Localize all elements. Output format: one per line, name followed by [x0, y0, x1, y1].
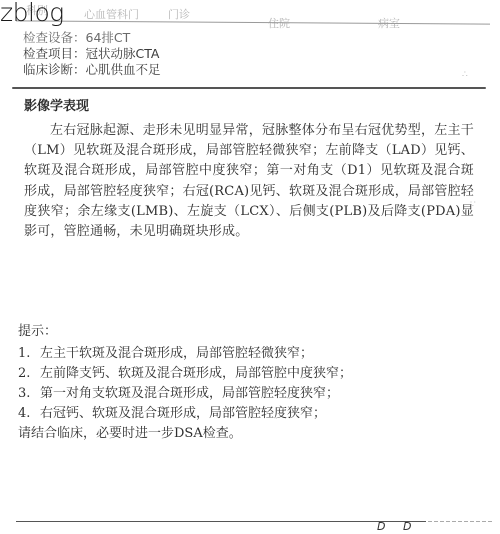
exam-info-block: 检查设备：64排CT 检查项目：冠状动脉CTA 临床诊断：心肌供血不足 [23, 30, 161, 78]
exam-item-label: 检查项目： [23, 46, 86, 61]
diagnosis-row: 临床诊断：心肌供血不足 [23, 62, 161, 78]
equipment-row: 检查设备：64排CT [23, 30, 161, 46]
impression-item: 3.第一对角支软斑及混合斑形成，局部管腔轻度狭窄； [18, 384, 352, 404]
impression-item-number: 1. [18, 344, 40, 364]
bottom-divider [16, 521, 426, 522]
department-value: 心血管科门 [84, 6, 139, 22]
scan-speck: ∴ [462, 70, 468, 80]
impression-item-text: 左前降支钙、软斑及混合斑形成，局部管腔中度狭窄； [40, 366, 352, 381]
impression-item-text: 右冠钙、软斑及混合斑形成，局部管腔轻度狭窄； [40, 406, 326, 421]
impression-title: 提示： [18, 320, 57, 339]
impression-item-number: 4. [18, 404, 40, 424]
scan-speck: ∵ [470, 200, 476, 210]
watermark-logo: zblog [0, 0, 64, 27]
impression-list: 1.左主干软斑及混合斑形成，局部管腔轻微狭窄； 2.左前降支钙、软斑及混合斑形成… [18, 344, 352, 444]
bottom-divider-faded [428, 521, 494, 522]
recommendation: 请结合临床，必要时进一步DSA检查。 [18, 424, 352, 444]
impression-item: 1.左主干软斑及混合斑形成，局部管腔轻微狭窄； [18, 344, 352, 364]
impression-item-text: 左主干软斑及混合斑形成，局部管腔轻微狭窄； [40, 346, 313, 361]
findings-body: 左右冠脉起源、走形未见明显异常，冠脉整体分布呈右冠优势型，左主干（LM）见软斑及… [24, 121, 474, 242]
handwritten-mark: 𝘋 [403, 520, 411, 533]
impression-item-text: 第一对角支软斑及混合斑形成，局部管腔轻度狭窄； [40, 386, 339, 401]
impression-item-number: 3. [18, 384, 40, 404]
diagnosis-value: 心肌供血不足 [86, 62, 161, 77]
section-divider [12, 87, 486, 89]
handwritten-mark: 𝘋 [377, 520, 385, 533]
equipment-label: 检查设备： [23, 30, 86, 45]
diagnosis-label: 临床诊断： [23, 62, 86, 77]
impression-item: 2.左前降支钙、软斑及混合斑形成，局部管腔中度狭窄； [18, 364, 352, 384]
faded-header-row: 科别 心血管科门 门诊 住院 病室 [0, 2, 500, 22]
impression-item: 4.右冠钙、软斑及混合斑形成，局部管腔轻度狭窄； [18, 404, 352, 424]
department-extra: 门诊 [168, 6, 190, 22]
equipment-value: 64排CT [86, 30, 131, 45]
exam-item-row: 检查项目：冠状动脉CTA [23, 46, 161, 62]
impression-item-number: 2. [18, 364, 40, 384]
findings-title: 影像学表现 [24, 95, 89, 114]
exam-item-value: 冠状动脉CTA [86, 46, 160, 61]
